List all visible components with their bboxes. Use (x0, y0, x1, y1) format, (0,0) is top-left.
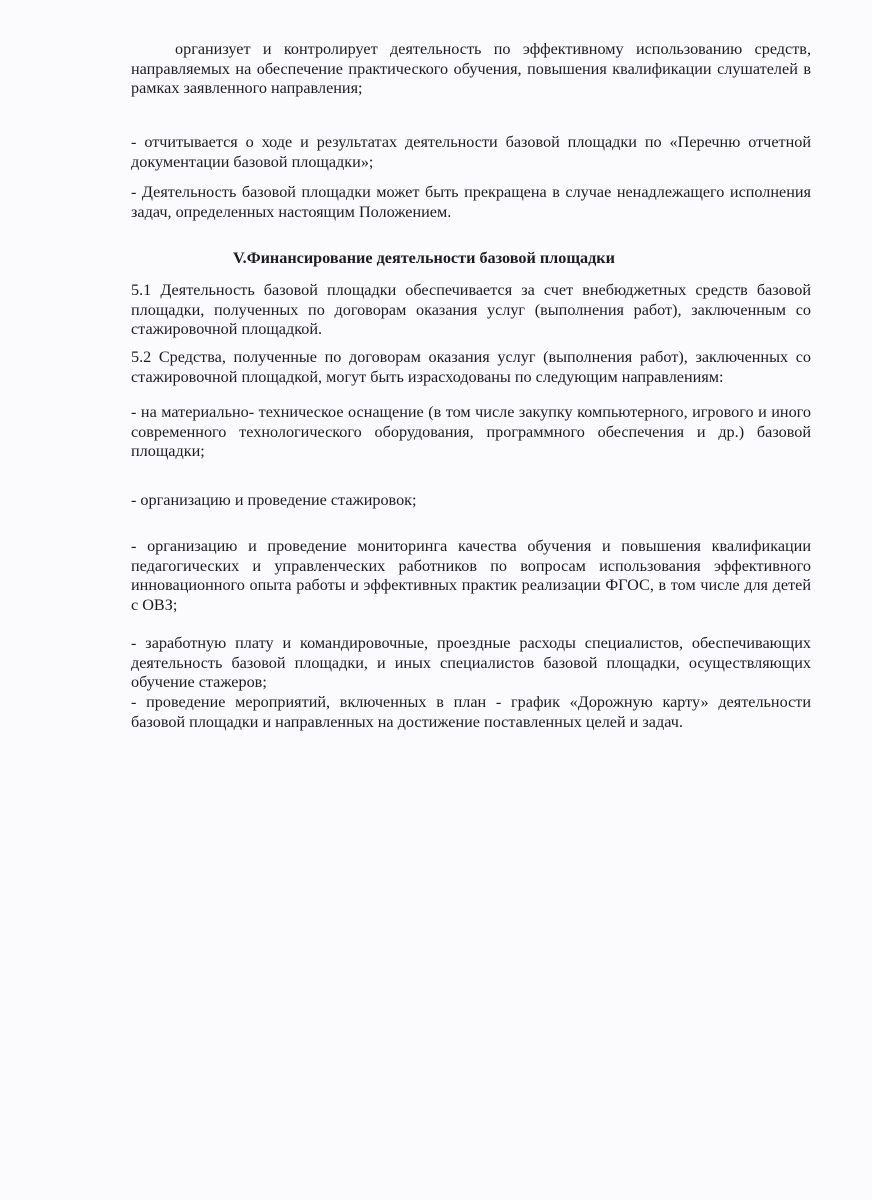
section-heading: V.Финансирование деятельности базовой пл… (0, 248, 872, 268)
paragraph-reports-progress: - отчитывается о ходе и результатах деят… (131, 133, 811, 172)
paragraph-organizes-controls: организует и контролирует деятельность п… (131, 40, 811, 99)
list-item-salary: - заработную плату и командировочные, пр… (131, 634, 811, 693)
list-item-internships: - организацию и проведение стажировок; (131, 491, 811, 511)
clause-5-1: 5.1 Деятельность базовой площадки обеспе… (131, 281, 811, 340)
list-item-events: - проведение мероприятий, включенных в п… (131, 693, 811, 732)
clause-5-2: 5.2 Средства, полученные по договорам ок… (131, 348, 811, 387)
list-item-equipment: - на материально- техническое оснащение … (131, 403, 811, 462)
list-item-monitoring: - организацию и проведение мониторинга к… (131, 537, 811, 615)
section-title: V.Финансирование деятельности базовой пл… (233, 249, 615, 267)
paragraph-termination: - Деятельность базовой площадки может бы… (131, 183, 811, 222)
document-page: организует и контролирует деятельность п… (0, 0, 872, 1200)
